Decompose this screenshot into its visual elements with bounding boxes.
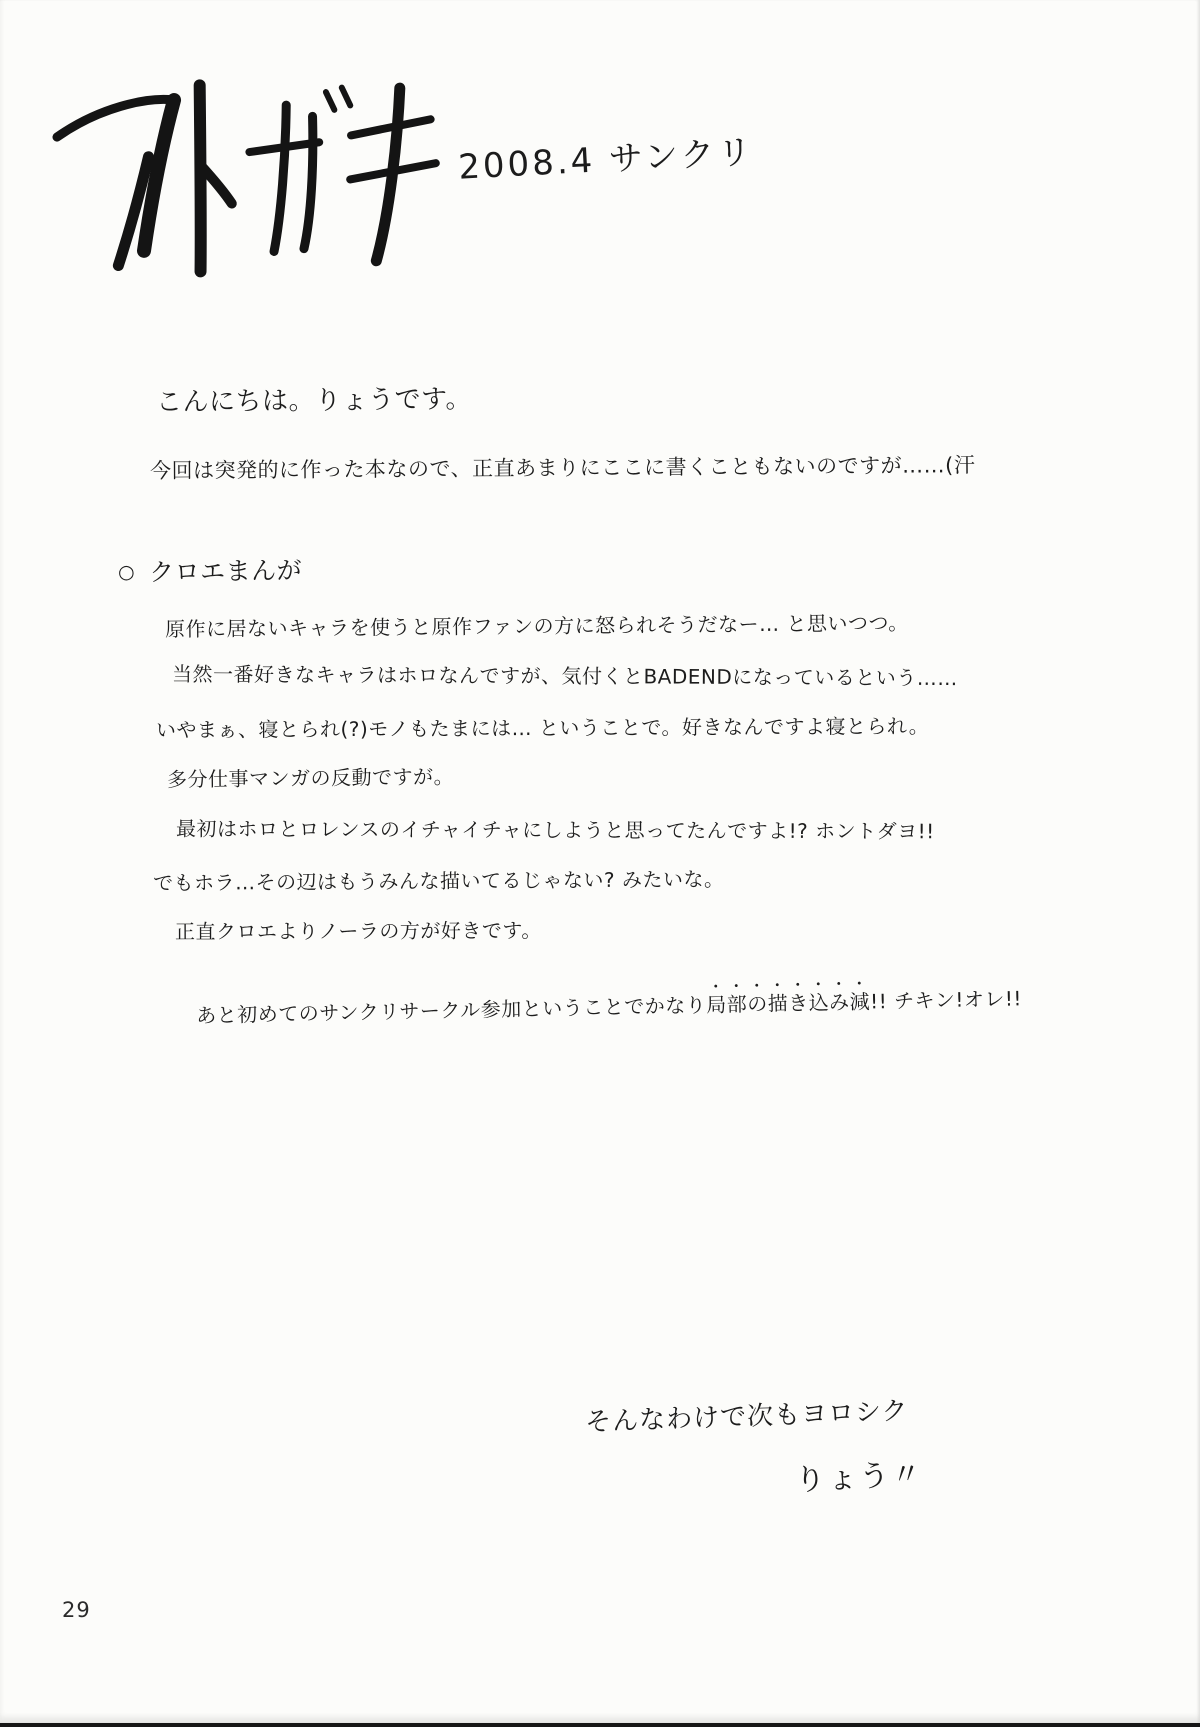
section-header: ○クロエまんが <box>118 551 303 590</box>
section-header-label: クロエまんが <box>149 556 302 587</box>
intro-line: 今回は突発的に作った本なので、正直あまりにここに書くこともないのですが……(汗 <box>150 449 975 485</box>
author-signature: りょう〃 <box>794 1449 924 1500</box>
body-line: でもホラ…その辺はもうみんな描いてるじゃない? みたいな。 <box>153 863 725 896</box>
final-remark-pre: あと初めてのサンクリサークル参加ということでかなり <box>196 993 707 1028</box>
final-remark-line: あと初めてのサンクリサークル参加ということでかなり局部の描き込み減!! チキン!… <box>196 975 1022 1028</box>
final-remark-emphasized: 局部の描き込み減 <box>706 990 870 1017</box>
final-remark-post: !! チキン!オレ!! <box>870 986 1022 1013</box>
body-line: 原作に居ないキャラを使うと原作ファンの方に怒られそうだなー… と思いつつ。 <box>165 607 909 642</box>
body-line: 正直クロエよりノーラの方が好きです。 <box>175 914 542 944</box>
body-line: いやまぁ、寝とられ(?)モノもたまには… ということで。好きなんですよ寝とられ。 <box>156 710 929 743</box>
page-number: 29 <box>62 1598 91 1622</box>
closing-line: そんなわけで次もヨロシク <box>584 1390 909 1438</box>
circle-bullet: ○ <box>118 561 135 583</box>
title-calligraphy-atogaki <box>49 61 454 286</box>
scanned-afterword-page: 2008.4 サンクリ こんにちは。りょうです。 今回は突発的に作った本なので、… <box>0 0 1200 1727</box>
body-line: 多分仕事マンガの反動ですが。 <box>167 760 454 792</box>
body-line: 当然一番好きなキャラはホロなんですが、気付くとBADENDになっているという…… <box>172 658 958 691</box>
body-line: 最初はホロとロレンスのイチャイチャにしようと思ってたんですよ!? ホントダヨ!! <box>176 813 935 845</box>
date-event-note: 2008.4 サンクリ <box>457 124 756 188</box>
greeting-line: こんにちは。りょうです。 <box>156 378 472 418</box>
